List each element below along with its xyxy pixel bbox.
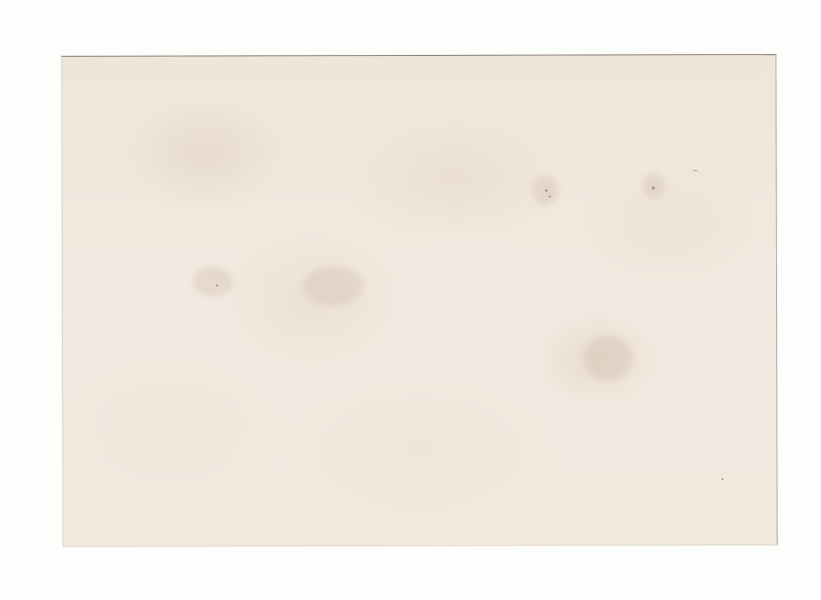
paper-speck: [693, 170, 698, 171]
paper-stain: [193, 266, 233, 296]
paper-stain: [303, 266, 363, 306]
blank-paper-card: [61, 54, 777, 547]
paper-speck: [721, 478, 723, 480]
paper-speck: [545, 190, 548, 192]
paper-stain: [583, 335, 633, 380]
paper-speck: [216, 285, 218, 287]
paper-speck: [652, 186, 655, 189]
paper-texture: [62, 55, 776, 546]
paper-speck: [549, 196, 551, 198]
